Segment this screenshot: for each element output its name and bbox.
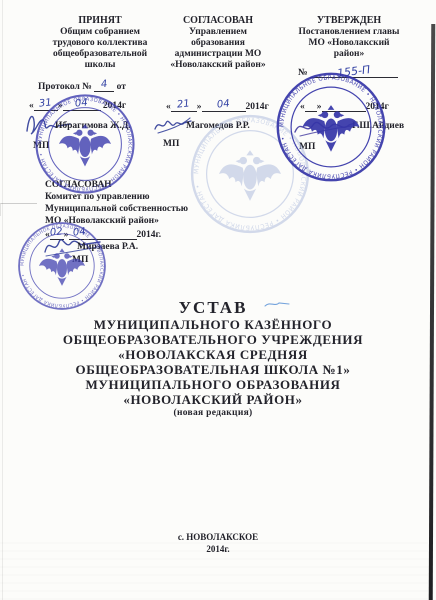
eagle-emblem-icon [59, 124, 111, 166]
page-title: УСТАВ [0, 299, 426, 317]
mp-label: МП [163, 139, 179, 149]
margin-pencil-mark [0, 203, 37, 216]
scanned-document-page: ПРИНЯТ Общим собранием трудового коллект… [0, 0, 436, 600]
block-line: район» [288, 49, 410, 60]
protocol-label: Протокол № [38, 82, 92, 92]
block-line: «Новолакский район» [150, 60, 286, 71]
block-line: школы [30, 60, 170, 71]
handwritten-month: 04 [217, 98, 231, 111]
approval-block-accepted: ПРИНЯТ Общим собранием трудового коллект… [30, 15, 170, 71]
block-heading: ПРИНЯТ [30, 15, 170, 27]
title-subtitle: (новая редакция) [0, 408, 426, 418]
block-line: образования [150, 38, 286, 49]
approval-block-approved: УТВЕРЖДЕН Постановлением главы МО «Новол… [288, 15, 410, 60]
title-line: ОБЩЕОБРАЗОВАТЕЛЬНОГО УЧРЕЖДЕНИЯ [0, 332, 426, 347]
eagle-emblem-icon [39, 248, 85, 286]
scanner-edge-right [429, 24, 436, 600]
approval-block-agreed: СОГЛАСОВАН Управлением образования админ… [150, 15, 286, 71]
protocol-number-line: 4 [94, 79, 114, 92]
protocol-row: Протокол № 4 от [38, 79, 126, 92]
document-title-block: УСТАВ МУНИЦИПАЛЬНОГО КАЗЁННОГО ОБЩЕОБРАЗ… [0, 299, 426, 418]
handwritten-day: 21 [177, 98, 191, 111]
date-year: 2014г [246, 102, 269, 112]
official-seal-approved: МУНИЦИПАЛЬНОЕ ОБРАЗОВАНИЕ • НОВОЛАКСКИЙ … [274, 70, 388, 184]
title-line: «НОВОЛАКСКАЯ СРЕДНЯЯ [0, 347, 426, 362]
day-line: 21 [171, 99, 197, 112]
protocol-after-label: от [117, 82, 126, 92]
block-line: МО «Новолакский [288, 38, 410, 49]
block-line: Постановлением главы [288, 27, 410, 38]
month-line: 04 [202, 99, 246, 112]
eagle-emblem-icon [303, 105, 360, 152]
handwritten-protocol-number: 4 [100, 79, 108, 92]
block-line: Управлением [150, 27, 286, 38]
block-line: Общим собранием [30, 27, 170, 38]
block-line: трудового коллектива [30, 38, 170, 49]
block-line: общеобразовательной [30, 49, 170, 60]
footer-year: 2014г. [0, 543, 436, 555]
block-line: администрации МО [150, 49, 286, 60]
title-line: МУНИЦИПАЛЬНОГО ОБРАЗОВАНИЯ [0, 377, 426, 392]
footer: с. НОВОЛАКСКОЕ 2014г. [0, 531, 436, 555]
date-row-agreed: «21»042014г [166, 99, 269, 112]
eagle-emblem-icon [219, 150, 281, 201]
block-heading: УТВЕРЖДЕН [288, 15, 410, 27]
title-line: ОБЩЕОБРАЗОВАТЕЛЬНАЯ ШКОЛА №1» [0, 362, 426, 377]
title-line: «НОВОЛАКСКИЙ РАЙОН» [0, 392, 426, 407]
block-heading: СОГЛАСОВАН [150, 15, 286, 27]
title-line: МУНИЦИПАЛЬНОГО КАЗЁННОГО [0, 317, 426, 332]
date-year: 2014г. [137, 230, 162, 240]
footer-place: с. НОВОЛАКСКОЕ [0, 531, 436, 543]
official-seal-accepted: МУНИЦИПАЛЬНОЕ ОБРАЗОВАНИЕ • НОВОЛАКСКИЙ … [33, 92, 137, 196]
